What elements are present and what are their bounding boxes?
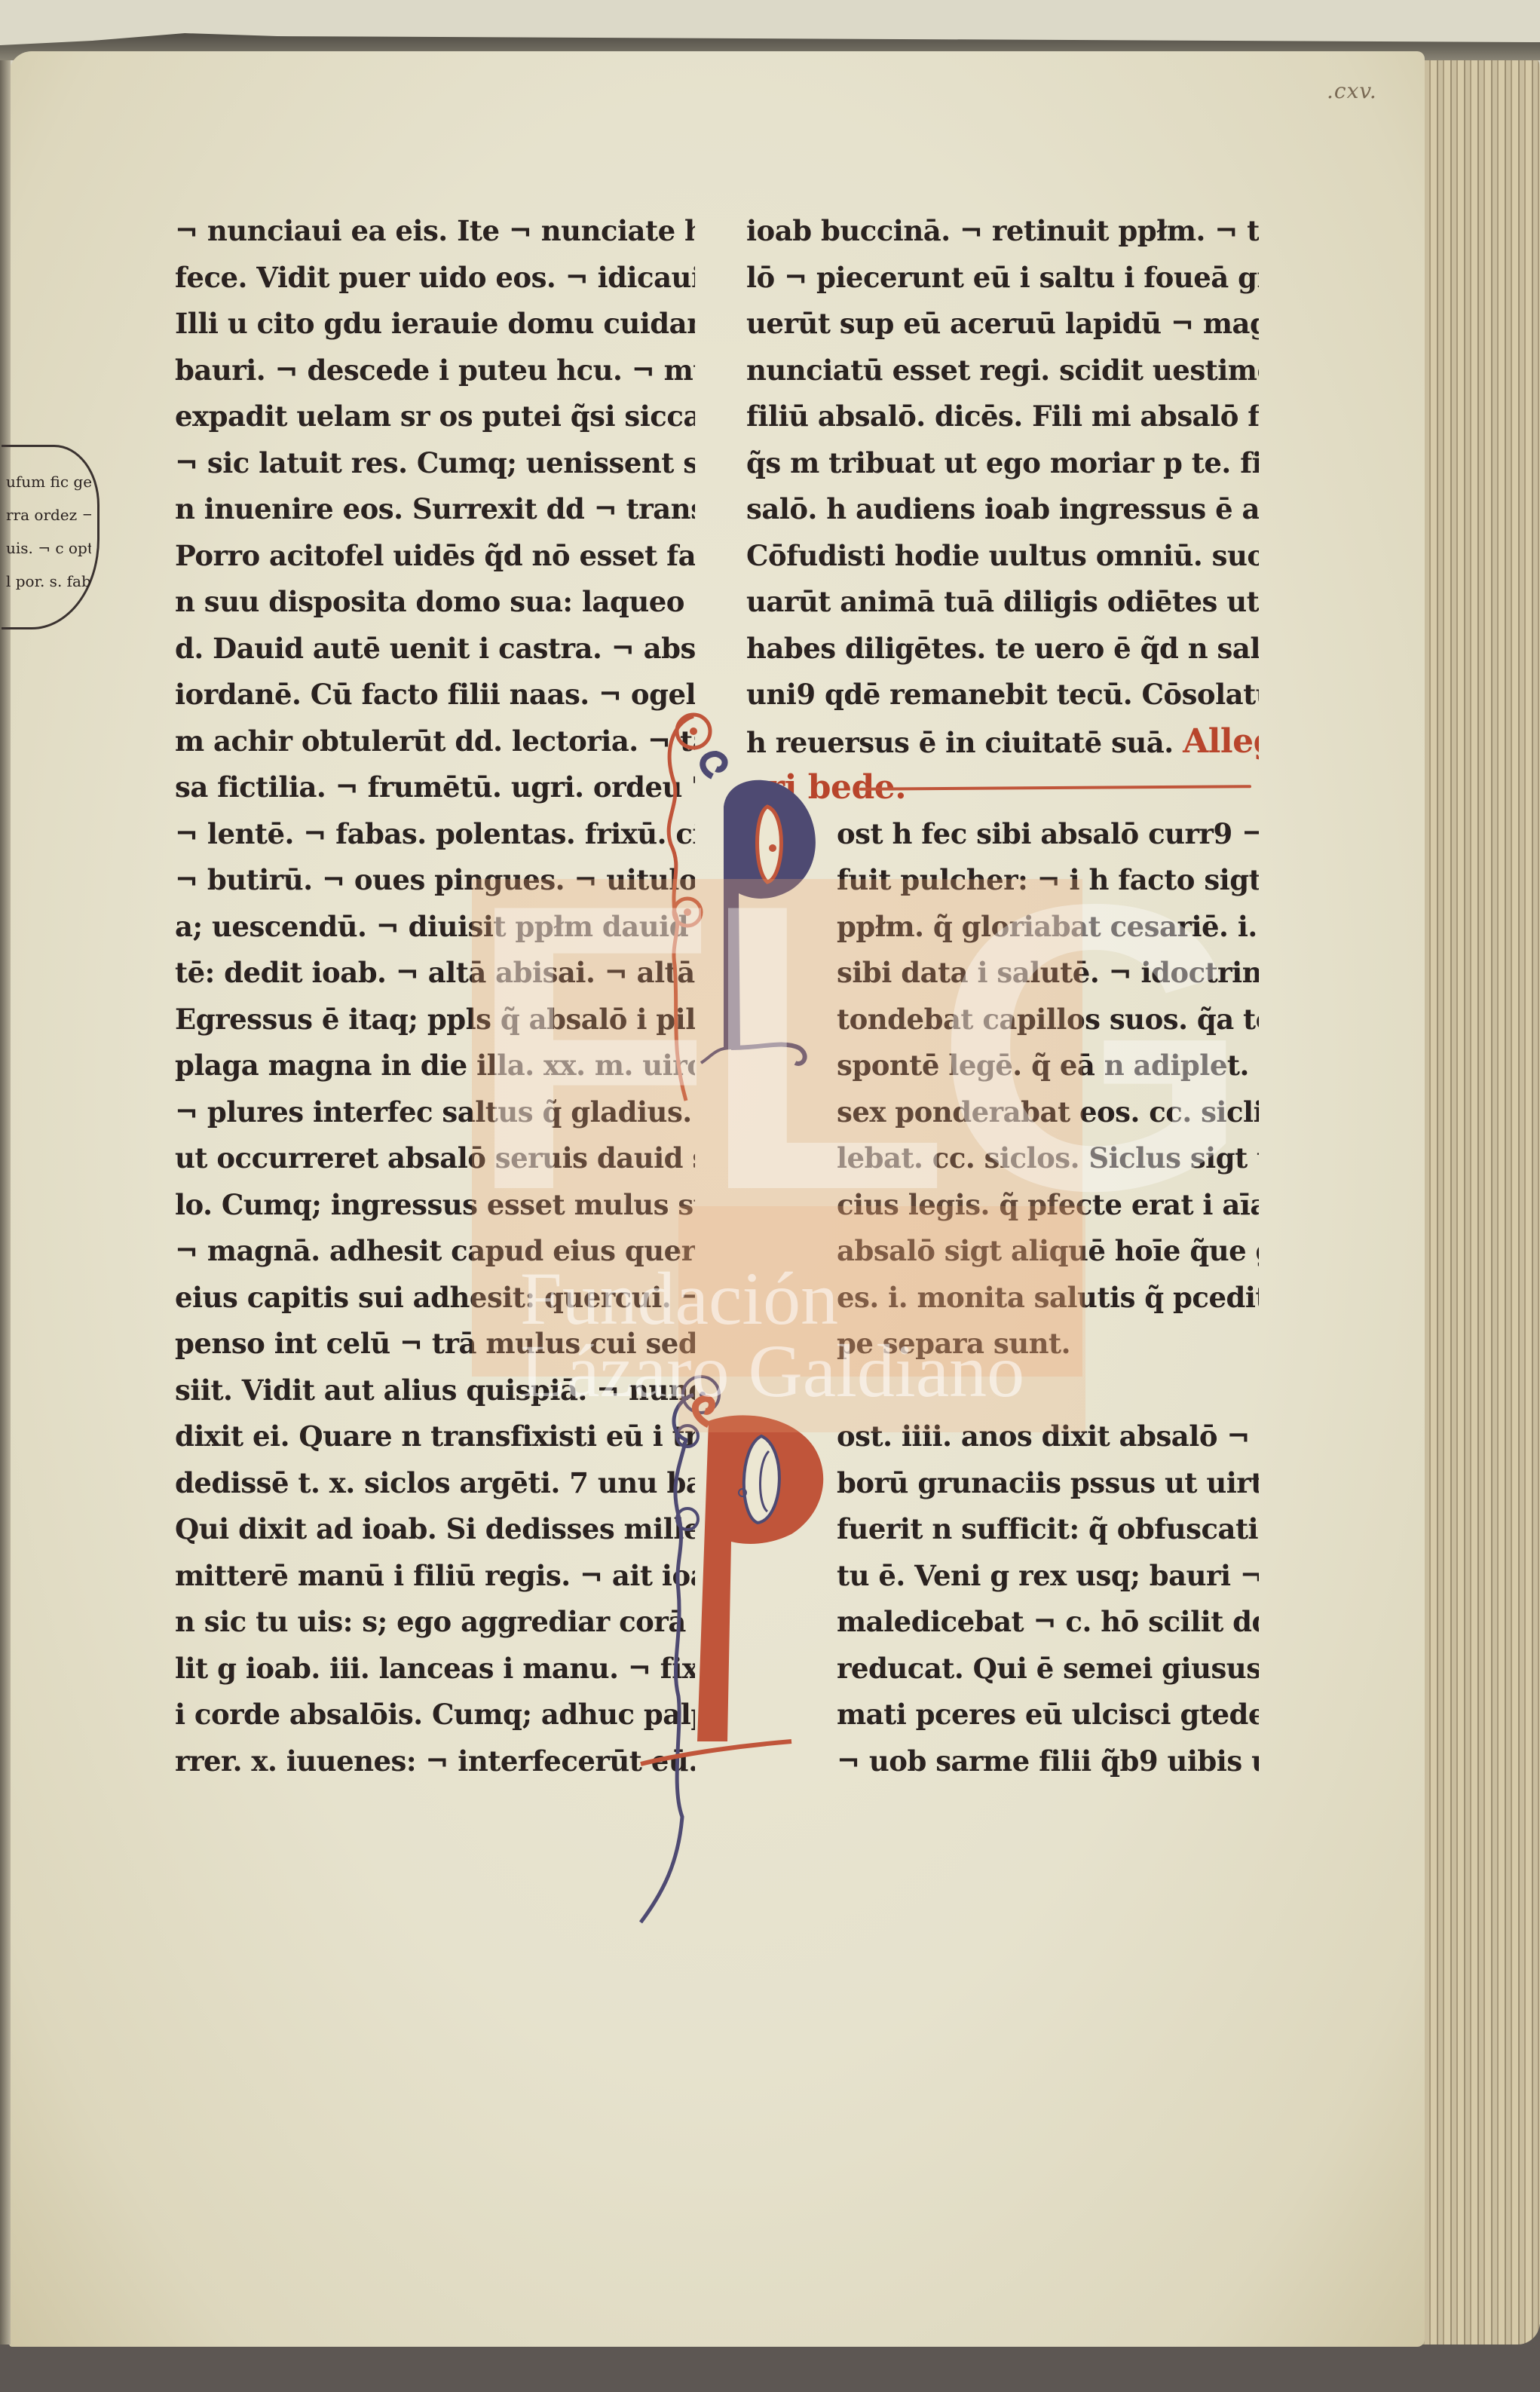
text-line: ¬ lentē. ¬ fabas. polentas. frixū. cicer… <box>175 811 695 858</box>
text-line: absalō sigt aliquē hoīe q̃ue gnat cesari <box>837 1228 1259 1275</box>
illuminated-initial-p-icon <box>641 694 837 1116</box>
margin-note-line: l por. s. fabim <box>6 565 91 598</box>
margin-note-line: uis. ¬ c opti <box>6 531 91 565</box>
text-line: uarūt animā tuā diligis odiētes ut hodie <box>746 579 1259 626</box>
text-line: tē: dedit ioab. ¬ altā abisai. ¬ altā et… <box>175 950 695 997</box>
text-line: sex ponderabat eos. cc. siclis. i. tantū… <box>837 1089 1259 1136</box>
text-line: iordanē. Cū facto filii naas. ¬ ogelli. … <box>175 672 695 718</box>
text-line: Cōfudisti hodie uultus omniū. suorū tuor… <box>746 533 1259 580</box>
text-line: habes diligētes. te uero ē q̃d n salueri… <box>746 626 1259 672</box>
text-line: ¬ butirū. ¬ oues pingues. ¬ uitulos dede… <box>175 857 695 904</box>
text-line: sa fictilia. ¬ frumētū. ugri. ordeu 7 fa… <box>175 764 695 811</box>
text-line: ppłm. q̃ gloriabat cesariē. i. lege a dn… <box>837 904 1259 951</box>
text-line: a; uescendū. ¬ diuisit ppłm dauid unā pa… <box>175 904 695 951</box>
text-line: Egressus ē itaq; ppls q̃ absalō i pilio.… <box>175 997 695 1043</box>
text-line: ost h fec sibi absalō curr9 ¬ c. Absalō <box>837 811 1259 858</box>
text-line: ¬ plures interfec saltus q̃ gladius. Acc… <box>175 1089 695 1136</box>
left-text-column: ¬ nunciaui ea eis. Ite ¬ nunciate h dd. … <box>175 208 695 1784</box>
text-line: n inuenire eos. Surrexit dd ¬ transiit i… <box>175 486 695 533</box>
text-line: Porro acitofel uidēs q̃d nō esset factū … <box>175 533 695 580</box>
text-line: q̃s m tribuat ut ego moriar p te. fili m… <box>746 440 1259 487</box>
text-line: eius capitis sui adhesit: quercui. ¬ ill… <box>175 1275 695 1322</box>
text-line: rrer. x. iuuenes: ¬ interfecerūt eū. Cec… <box>175 1738 695 1785</box>
text-line: penso int celū ¬ trā mulus cui sedebat p… <box>175 1321 695 1368</box>
text-line: Illi u cito gdu ierauie domu cuidam uiri… <box>175 301 695 348</box>
text-line: reducat. Qui ē semei giusus urget ¬ ar <box>837 1646 1259 1692</box>
text-line: salō. h audiens ioab ingressus ē ad regē… <box>746 486 1259 533</box>
text-line: n suu disposita domo sua: laqueo se susp… <box>175 579 695 626</box>
text-line: es. i. monita salutis q̃ pcedit i aīa ¬ … <box>837 1275 1259 1322</box>
initial-p-red <box>618 1364 844 1937</box>
text-line: tondebat capillos suos. q̃a toto tpe uit… <box>837 997 1259 1043</box>
text-line: dixit ei. Quare n transfixisti eū i trā.… <box>175 1413 695 1460</box>
text-line: filiū absalō. dicēs. Fili mi absalō fili… <box>746 394 1259 440</box>
text-line: lebat. cc. siclos. Siclus sigt trāsgress… <box>837 1135 1259 1182</box>
text-line: lo. Cumq; ingressus esset mulus subter c… <box>175 1182 695 1229</box>
text-line: siit. Vidit aut alius quispiā. ¬ nunciau… <box>175 1368 695 1414</box>
text-line: cius legis. q̃ pfecte erat i aīa ¬ corpe… <box>837 1182 1259 1229</box>
text-line: m achir obtulerūt dd. lectoria. ¬ tapeta… <box>175 718 695 765</box>
text-line: lō ¬ piecerunt eū i saltu i foueā grande… <box>746 255 1259 302</box>
text-line: ¬ uob sarme filii q̃b9 uibis uideat q̃d … <box>837 1738 1259 1785</box>
text-line: pe separa sunt. <box>837 1321 1259 1368</box>
folio-number: .cxv. <box>1327 78 1377 103</box>
text-line: mitterē manū i filiū regis. ¬ ait ioab. <box>175 1553 695 1600</box>
text-line: uerūt sup eū aceruū lapidū ¬ magnū. ¬ cū <box>746 301 1259 348</box>
illuminated-initial-p-icon <box>618 1364 844 1937</box>
text-line: ost. iiii. anos dixit absalō ¬ c. Qui ue… <box>837 1413 1259 1460</box>
text-line: mati pceres eū ulcisci gtedent: ut. Quid… <box>837 1692 1259 1738</box>
text-line: lit g ioab. iii. lanceas i manu. ¬ fixit… <box>175 1646 695 1692</box>
text-line: sibi data i salutē. ¬ idoctrinā. q̃ seme… <box>837 950 1259 997</box>
text-line: spontē legē. q̃ eā n adiplet. ¬ sic seme… <box>837 1043 1259 1089</box>
text-line: bauri. ¬ descede i puteu hcu. ¬ mulier <box>175 348 695 394</box>
text-line: ¬ sic latuit res. Cumq; uenissent serui … <box>175 440 695 487</box>
text-line: Qui dixit ad ioab. Si dedisses mille arg… <box>175 1506 695 1553</box>
text-line: fuit pulcher: ¬ i h facto sigt iudaicū <box>837 857 1259 904</box>
margin-note-line: ufum fic ge <box>6 465 91 498</box>
initial-p-blue <box>641 694 837 1116</box>
text-line: d. Dauid autē uenit i castra. ¬ absalō t… <box>175 626 695 672</box>
text-line: plaga magna in die illa. xx. m. uirorū. <box>175 1043 695 1089</box>
text-line: nunciatū esset regi. scidit uestimēta su… <box>746 348 1259 394</box>
page-stack-edges <box>1425 53 1540 2345</box>
rubric-allegoria: Allegoria be <box>1183 722 1259 761</box>
text-line: ¬ nunciaui ea eis. Ite ¬ nunciate h dd. … <box>175 208 695 255</box>
text-line: expadit uelam sr os putei q̃si siccans t… <box>175 394 695 440</box>
folio-left-edge <box>0 60 11 2345</box>
text-line: fece. Vidit puer uido eos. ¬ idicaui abs… <box>175 255 695 302</box>
text-line: dedissē t. x. siclos argēti. 7 unu balte… <box>175 1460 695 1507</box>
text-line: tu ē. Veni g rex usq; bauri ¬ semei <box>837 1553 1259 1600</box>
text-line: borū grunaciis pssus ut uirtutē paciēcie <box>837 1460 1259 1507</box>
text-line: ¬ magnā. adhesit capud eius quercui. i. … <box>175 1228 695 1275</box>
text-line: maledicebat ¬ c. hō scilit dd: ad memori… <box>837 1599 1259 1646</box>
text-line: ut occurreret absalō seruis dauid sedens… <box>175 1135 695 1182</box>
text-line: fuerit n sufficit: q̃ obfuscati dd. ipa … <box>837 1506 1259 1553</box>
text-line: ioab buccinā. ¬ retinuit ppłm. ¬ tulerūt… <box>746 208 1259 255</box>
text-line: n sic tu uis: s; ego aggrediar corā te. … <box>175 1599 695 1646</box>
text-line: i corde absalōis. Cumq; adhuc palpitaret… <box>175 1692 695 1738</box>
margin-note-line: rra ordez ¬ <box>6 498 91 531</box>
